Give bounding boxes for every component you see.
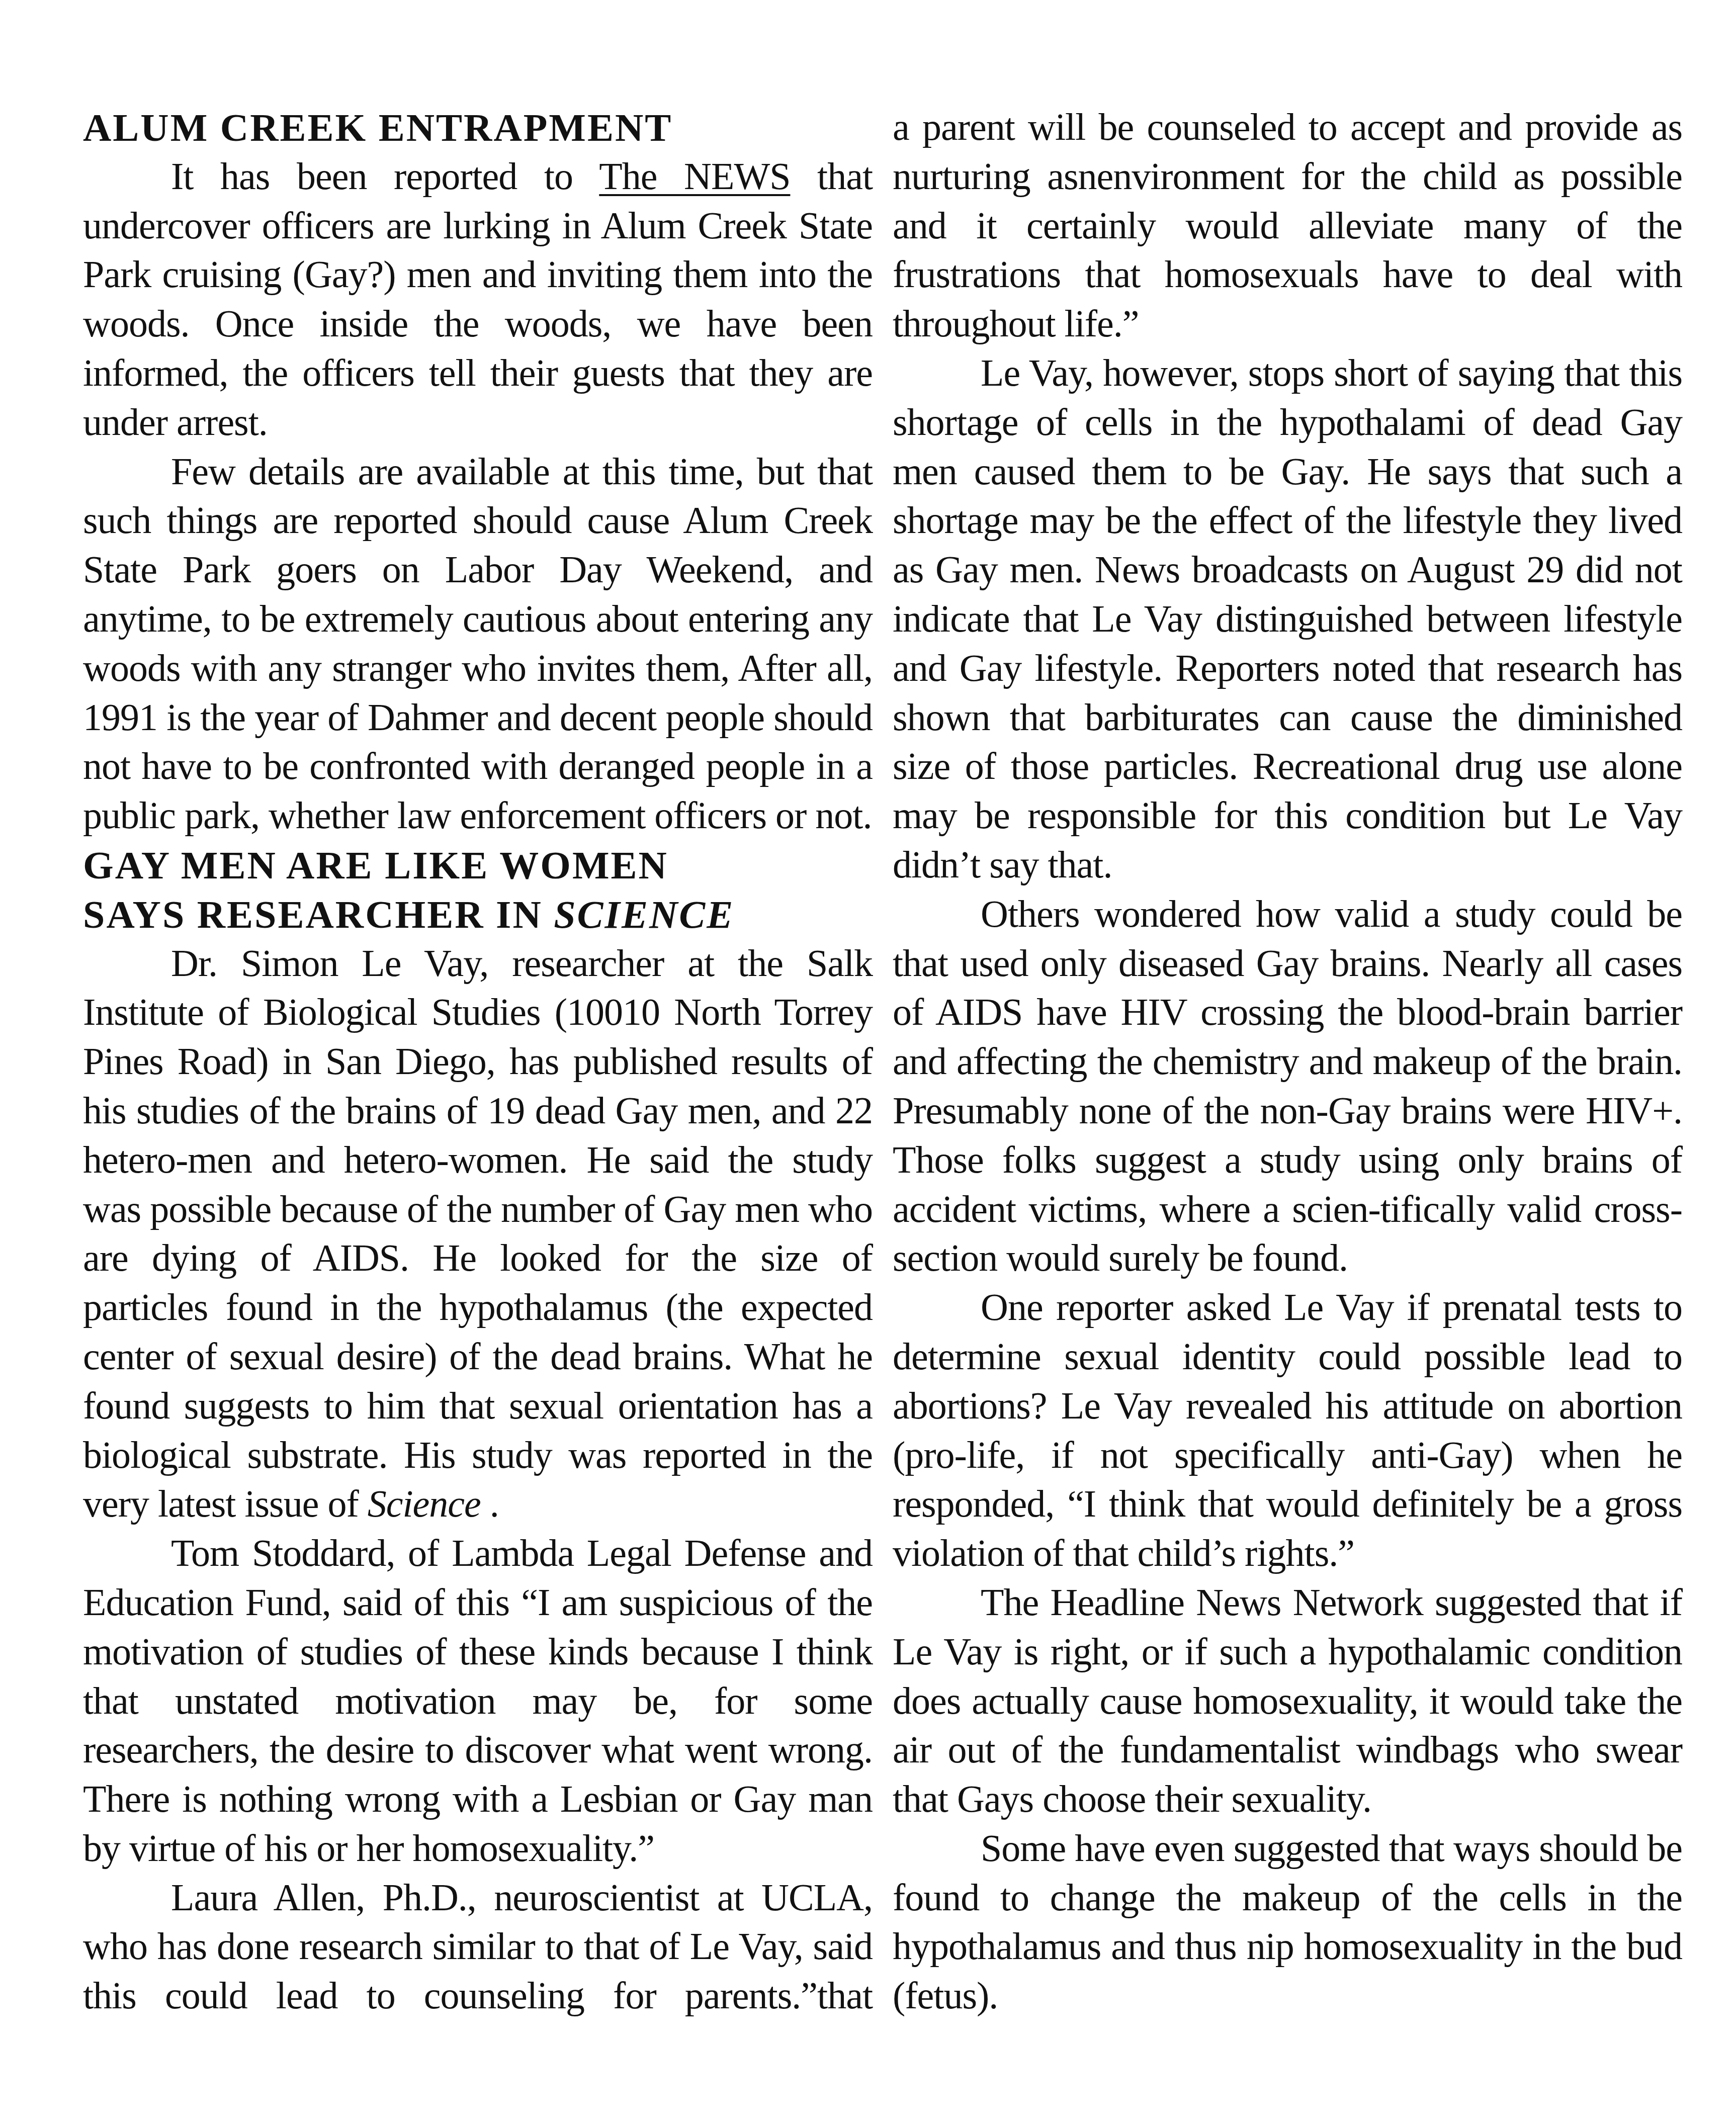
newsletter-page: ALUM CREEK ENTRAPMENT It has been report…: [0, 0, 1736, 2128]
left-column: ALUM CREEK ENTRAPMENT It has been report…: [83, 103, 873, 2021]
headline-gay-men-line-1: GAY MEN ARE LIKE WOMEN: [83, 841, 873, 890]
publication-name: The NEWS: [599, 155, 790, 198]
journal-name: Science: [368, 1483, 481, 1525]
article1-paragraph-1: It has been reported to The NEWS that un…: [83, 152, 873, 448]
headline-gay-men-line-2: SAYS RESEARCHER IN SCIENCE: [83, 890, 873, 939]
article2-paragraph-1: Dr. Simon Le Vay, researcher at the Salk…: [83, 939, 873, 1530]
article2-paragraph-3-continued: a parent will be counseled to accept and…: [893, 103, 1682, 349]
article2-paragraph-6: One reporter asked Le Vay if prenatal te…: [893, 1283, 1682, 1578]
article2-paragraph-7: The Headline News Network suggested that…: [893, 1578, 1682, 1824]
article1-paragraph-2: Few details are available at this time, …: [83, 448, 873, 841]
article2-paragraph-5: Others wondered how valid a study could …: [893, 890, 1682, 1283]
headline-alum-creek: ALUM CREEK ENTRAPMENT: [83, 103, 873, 152]
article2-paragraph-2: Tom Stoddard, of Lambda Legal Defense an…: [83, 1529, 873, 1874]
article2-paragraph-8: Some have even suggested that ways shoul…: [893, 1824, 1682, 2021]
article2-paragraph-4: Le Vay, however, stops short of saying t…: [893, 349, 1682, 890]
right-column: a parent will be counseled to accept and…: [893, 103, 1682, 2021]
article2-paragraph-3: Laura Allen, Ph.D., neuroscientist at UC…: [83, 1874, 873, 2021]
